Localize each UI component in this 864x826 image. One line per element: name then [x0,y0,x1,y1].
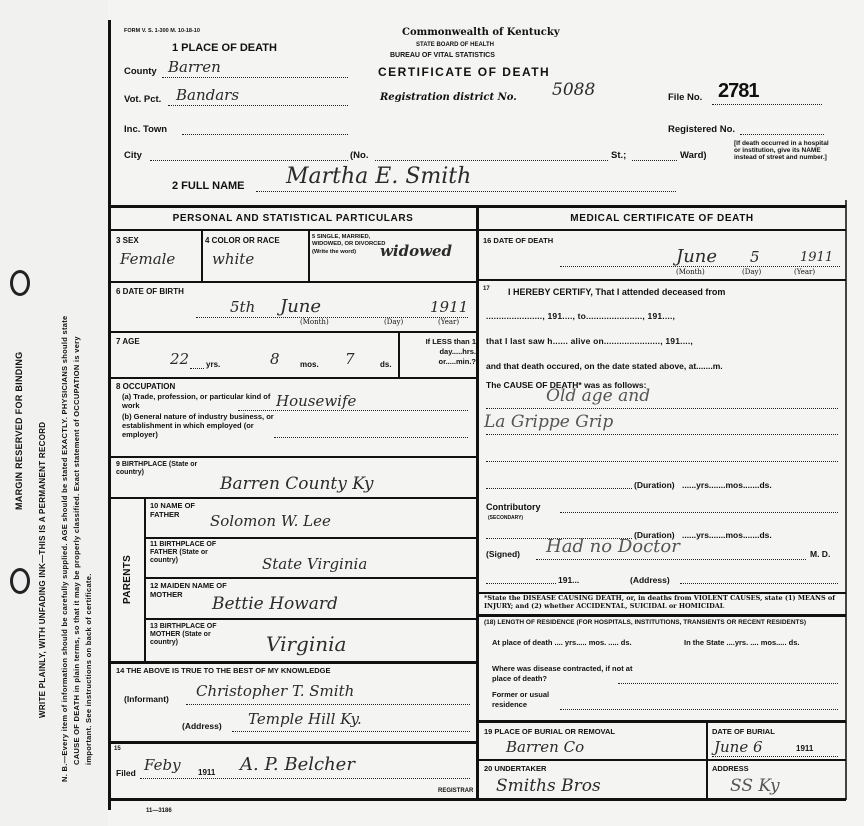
at-place-of-death: At place of death .... yrs..... mos. ...… [492,638,632,648]
left-border [108,20,111,810]
mother-birthplace-value[interactable]: Virginia [266,632,346,656]
vot-pct-label: Vot. Pct. [124,94,161,105]
signed-value[interactable]: Had no Doctor [546,536,680,557]
parents-side-label: PARENTS [122,555,133,604]
st-label: St.; [611,150,626,161]
race-value[interactable]: white [212,250,254,268]
informant-value[interactable]: Christopher T. Smith [196,682,354,700]
father-name-value[interactable]: Solomon W. Lee [210,512,331,530]
disease-contracted-label: Where was disease contracted, if not at … [492,664,652,684]
hospital-note: [If death occurred in a hospital or inst… [734,140,832,161]
footer-code: 11—3186 [146,808,172,814]
dod-year-value[interactable]: 1911 [800,250,833,265]
contributory-label: Contributory [486,502,541,512]
medical-title: MEDICAL CERTIFICATE OF DEATH [480,213,844,224]
burial-year-value: 1911 [796,744,813,753]
day-label: (Day) [384,318,403,326]
full-name-value[interactable]: Martha E. Smith [286,164,471,189]
inc-town-label: Inc. Town [124,124,167,135]
dob-day-value[interactable]: 5th [230,298,255,316]
burial-date-label: DATE OF BURIAL [712,727,775,736]
mos-label: mos. [300,360,319,369]
yrs-label: yrs. [206,360,220,369]
birthplace-value[interactable]: Barren County Ky [220,474,374,494]
dob-month-value[interactable]: June [280,296,321,317]
marital-value[interactable]: widowed [380,242,452,260]
vot-pct-value[interactable]: Bandars [176,86,239,104]
dod-month-label: (Month) [676,268,705,276]
duration-fields: ......yrs.......mos.......ds. [682,480,772,490]
father-birthplace-label: 11 BIRTHPLACE OF FATHER (State or countr… [150,541,230,565]
reg-district-label: Registration district No. [380,92,517,103]
full-name-label: 2 FULL NAME [172,180,245,192]
center-divider [476,205,479,800]
age-months-value[interactable]: 8 [270,350,280,368]
filed-month-value[interactable]: Feby [144,756,181,774]
occupation-label: 8 OCCUPATION [116,382,175,391]
month-label: (Month) [300,318,329,326]
signed-year: 191... [558,575,579,585]
year-label: (Year) [438,318,459,326]
occupation-a-label: (a) Trade, profession, or particular kin… [122,392,272,410]
ward-label: Ward) [680,150,707,161]
certificate-title: CERTIFICATE OF DEATH [378,65,550,79]
age-years-value[interactable]: 22 [170,350,189,368]
father-birthplace-value[interactable]: State Virginia [262,555,367,573]
place-of-death-title: 1 PLACE OF DEATH [172,42,277,54]
registrar-label: REGISTRAR [438,788,473,794]
note-line-1: N. B.—Every item of information should b… [60,315,69,782]
cause-line-1[interactable]: Old age and [546,386,650,406]
registrar-value[interactable]: A. P. Belcher [240,754,355,775]
sex-value[interactable]: Female [120,250,175,268]
registered-no-label: Registered No. [668,124,735,135]
commonwealth-title: Commonwealth of Kentucky [402,27,560,38]
personal-title: PERSONAL AND STATISTICAL PARTICULARS [112,213,474,224]
dod-label: 16 DATE OF DEATH [483,236,553,245]
file-no-value: 2781 [718,80,759,103]
margin-reserved-text: MARGIN RESERVED FOR BINDING [14,352,24,510]
less-than-day-label: If LESS than 1 day.....hrs. or.....min.? [404,337,476,367]
form-number: FORM V. S. 1-300 M. 10-18-10 [124,28,200,34]
dod-year-label: (Year) [794,268,815,276]
attended-from-line: ......................, 191...., to.....… [486,311,675,321]
note-line-3: important. See instructions on back of c… [84,573,93,765]
binding-margin: MARGIN RESERVED FOR BINDING WRITE PLAINL… [0,0,108,826]
filed-number: 15 [114,746,121,752]
physician-address-label: (Address) [630,575,670,585]
last-saw-line: that I last saw h...... alive on........… [486,336,693,346]
age-days-value[interactable]: 7 [345,350,355,368]
signed-label: (Signed) [486,549,520,559]
burial-place-value[interactable]: Barren Co [506,738,584,756]
undertaker-address-value[interactable]: SS Ky [730,776,780,796]
dob-label: 6 DATE OF BIRTH [116,287,184,296]
city-label: City [124,150,142,161]
dod-day-label: (Day) [742,268,761,276]
md-label: M. D. [810,549,830,559]
birthplace-label: 9 BIRTHPLACE (State or country) [116,461,206,477]
age-label: 7 AGE [116,337,140,346]
secondary-label: (SECONDARY) [488,515,523,521]
death-occurred-line: and that death occured, on the date stat… [486,361,723,371]
undertaker-value[interactable]: Smiths Bros [496,776,601,796]
informant-address-label: (Address) [182,721,222,731]
dod-month-value[interactable]: June [676,246,717,267]
dob-year-value[interactable]: 1911 [430,298,468,316]
filed-label: Filed [116,768,136,778]
occupation-b-label: (b) General nature of industry business,… [122,412,280,439]
reg-district-value: 5088 [552,80,595,100]
bureau-title: BUREAU OF VITAL STATISTICS [390,52,495,59]
certify-text: I HEREBY CERTIFY, That I attended deceas… [508,287,725,297]
race-label: 4 COLOR OR RACE [205,236,280,245]
cause-line-2[interactable]: La Grippe Grip [484,412,613,432]
note-line-2: CAUSE OF DEATH in plain terms, so that i… [72,336,81,765]
informant-address-value[interactable]: Temple Hill Ky. [248,710,362,728]
binding-hole-top [10,270,30,296]
ds-label: ds. [380,360,392,369]
write-plainly-text: WRITE PLAINLY, WITH UNFADING INK—THIS IS… [38,422,47,718]
former-residence-label: Former or usual residence [492,690,572,710]
informant-label: (Informant) [124,694,169,704]
mother-name-value[interactable]: Bettie Howard [212,594,338,614]
county-value[interactable]: Barren [168,58,221,76]
mother-birthplace-label: 13 BIRTHPLACE OF MOTHER (State or countr… [150,623,230,647]
contributory-duration-fields: ......yrs.......mos.......ds. [682,530,772,540]
informant-statement: 14 THE ABOVE IS TRUE TO THE BEST OF MY K… [116,666,330,675]
undertaker-address-label: ADDRESS [712,764,749,773]
burial-place-label: 19 PLACE OF BURIAL OR REMOVAL [484,727,615,736]
certify-number: 17 [483,286,490,292]
file-no-label: File No. [668,92,702,103]
burial-date-value[interactable]: June 6 [714,738,763,756]
binding-hole-bottom [10,568,30,594]
residence-title: (18) LENGTH OF RESIDENCE (FOR HOSPITALS,… [484,619,844,627]
occupation-a-value[interactable]: Housewife [276,392,356,410]
board-of-health: STATE BOARD OF HEALTH [416,42,494,48]
in-the-state: In the State ....yrs. .... mos..... ds. [684,638,844,648]
undertaker-label: 20 UNDERTAKER [484,764,546,773]
dod-day-value[interactable]: 5 [750,248,760,266]
county-label: County [124,66,157,77]
filed-year: 1911 [198,768,215,777]
duration-label: (Duration) [634,480,675,490]
no-label: (No. [350,150,368,161]
sex-label: 3 SEX [116,236,139,245]
right-border [845,200,847,800]
cause-note: *State the DISEASE CAUSING DEATH, or, in… [484,595,840,610]
